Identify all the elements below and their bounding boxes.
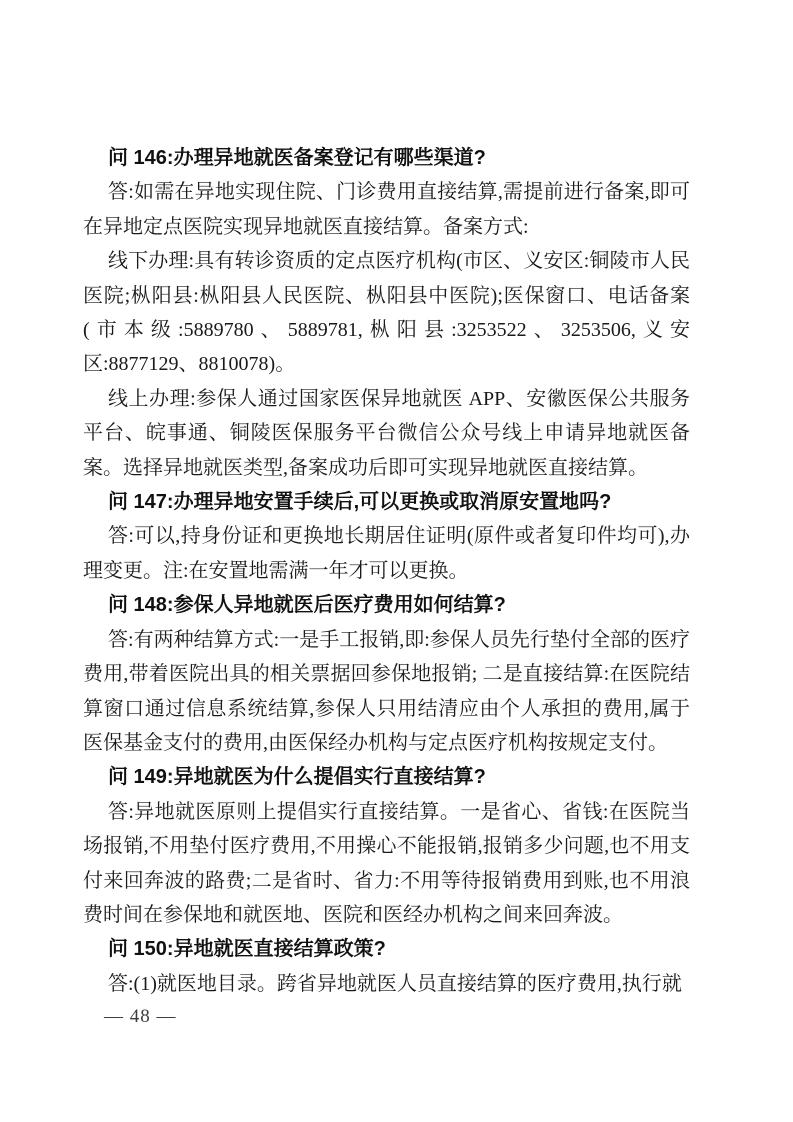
question-heading: 问 146:办理异地就医备案登记有哪些渠道?	[83, 141, 690, 175]
question-heading: 问 147:办理异地安置手续后,可以更换或取消原安置地吗?	[83, 485, 690, 519]
qa-content: 问 146:办理异地就医备案登记有哪些渠道?答:如需在异地实现住院、门诊费用直接…	[83, 141, 690, 1001]
answer-paragraph: 答:异地就医原则上提倡实行直接结算。一是省心、省钱:在医院当场报销,不用垫付医疗…	[83, 795, 690, 933]
answer-paragraph: 答:如需在异地实现住院、门诊费用直接结算,需提前进行备案,即可在异地定点医院实现…	[83, 175, 690, 244]
answer-paragraph: 线上办理:参保人通过国家医保异地就医 APP、安徽医保公共服务平台、皖事通、铜陵…	[83, 382, 690, 485]
answer-paragraph: 答:可以,持身份证和更换地长期居住证明(原件或者复印件均可),办理变更。注:在安…	[83, 519, 690, 588]
page-number: — 48 —	[104, 1004, 177, 1030]
answer-paragraph: 线下办理:具有转诊资质的定点医疗机构(市区、义安区:铜陵市人民医院;枞阳县:枞阳…	[83, 244, 690, 382]
document-page: 问 146:办理异地就医备案登记有哪些渠道?答:如需在异地实现住院、门诊费用直接…	[0, 0, 793, 1122]
question-heading: 问 150:异地就医直接结算政策?	[83, 932, 690, 966]
question-heading: 问 148:参保人异地就医后医疗费用如何结算?	[83, 588, 690, 622]
question-heading: 问 149:异地就医为什么提倡实行直接结算?	[83, 760, 690, 794]
answer-paragraph: 答:有两种结算方式:一是手工报销,即:参保人员先行垫付全部的医疗费用,带着医院出…	[83, 623, 690, 761]
answer-paragraph: 答:(1)就医地目录。跨省异地就医人员直接结算的医疗费用,执行就	[83, 967, 690, 1001]
